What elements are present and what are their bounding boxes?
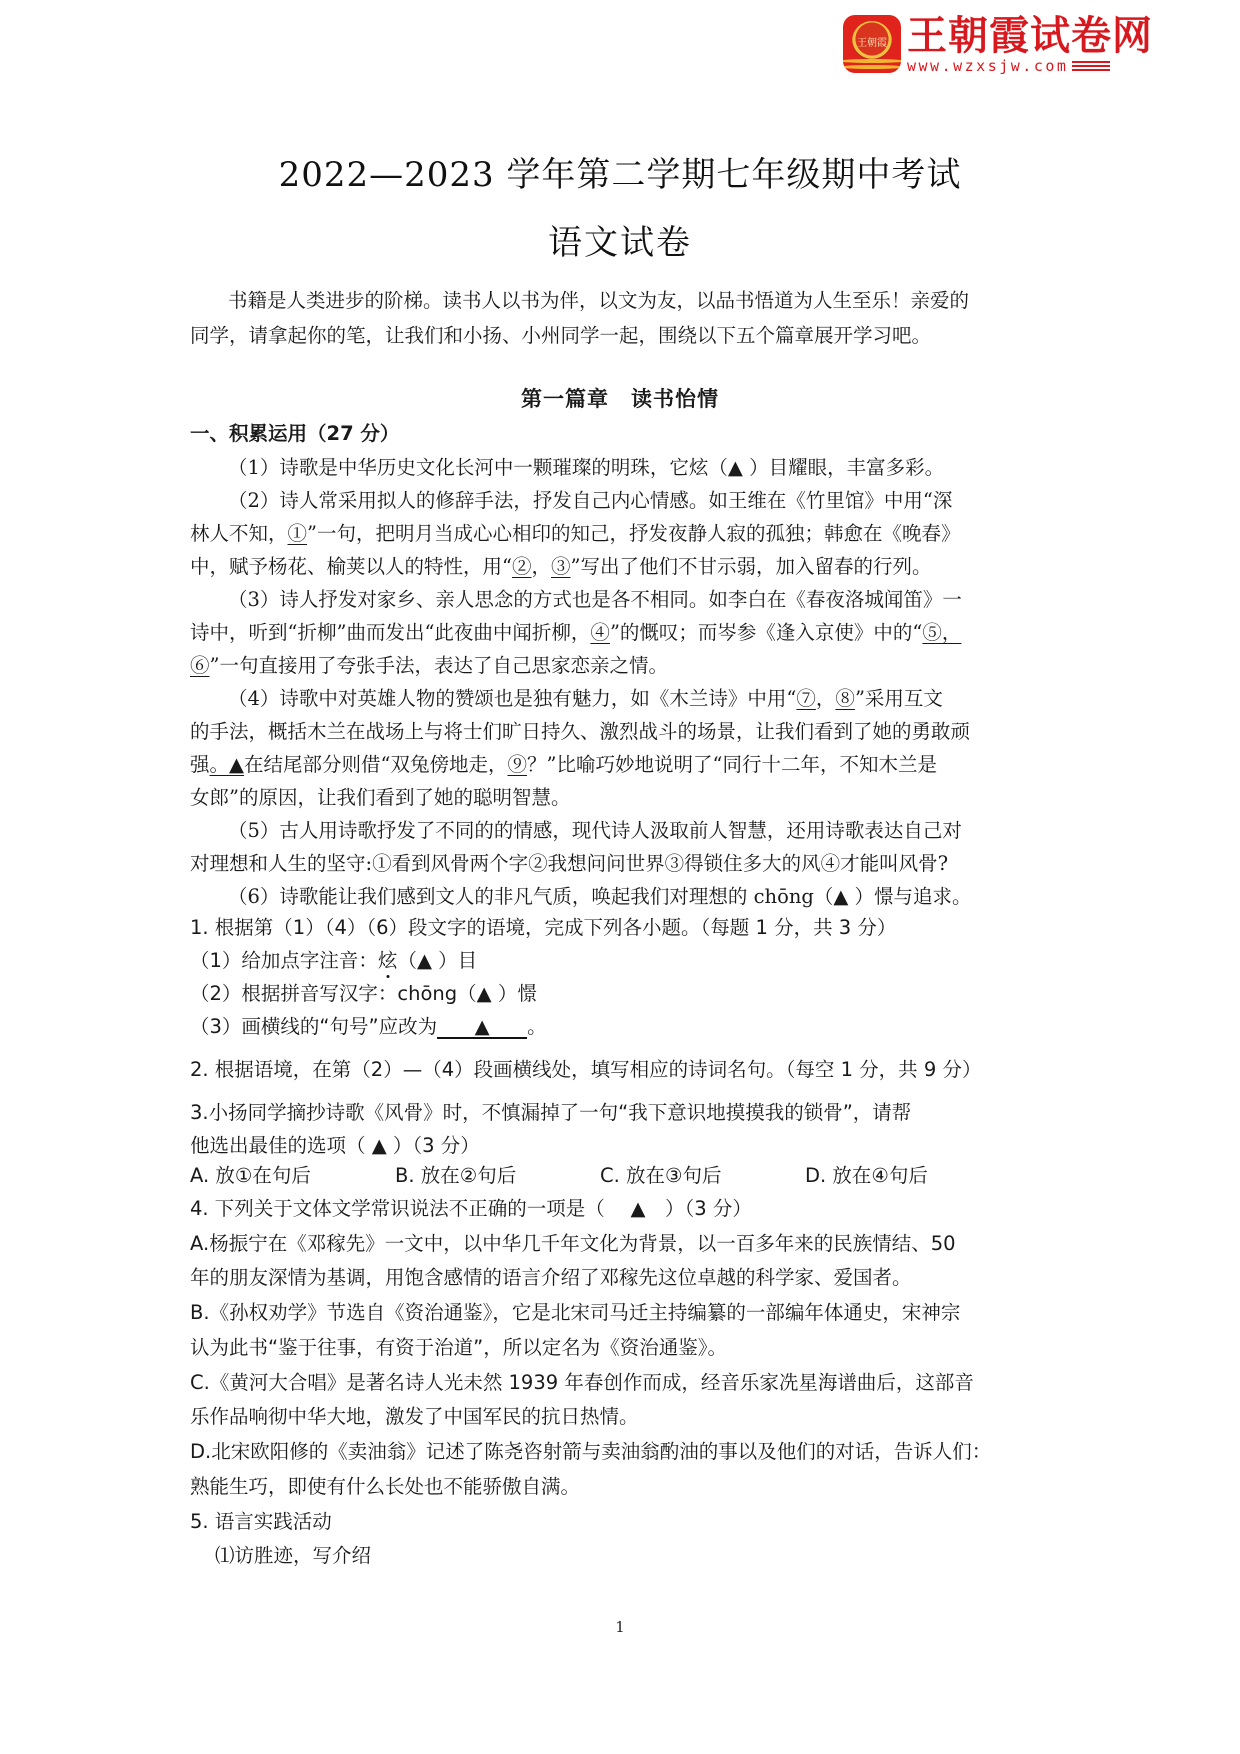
blank-3[interactable]: ③ bbox=[551, 555, 571, 578]
passage-p4-line4: 女郎”的原因，让我们看到了她的聪明智慧。 bbox=[190, 782, 1050, 810]
question-5-stem: 5. 语言实践活动 bbox=[190, 1506, 1050, 1534]
option-b[interactable]: B. 放在②句后 bbox=[395, 1160, 600, 1188]
question-1-sub-3: （3）画横线的“句号”应改为▲。 bbox=[190, 1011, 1050, 1039]
blank-7[interactable]: ⑦ bbox=[796, 687, 816, 710]
question-2: 2. 根据语境，在第（2）—（4）段画横线处，填写相应的诗词名句。（每空 1 分… bbox=[190, 1054, 1050, 1082]
blank-9[interactable]: ⑨ bbox=[508, 753, 528, 776]
passage-p3-line2: 诗中，听到“折柳”曲而发出“此夜曲中闻折柳，④”的慨叹；而岑参《逢入京使》中的“… bbox=[190, 617, 1050, 645]
passage-p2-line2: 林人不知，①”一句，把明月当成心心相印的知己，抒发夜静人寂的孤独；韩愈在《晚春》 bbox=[190, 518, 1050, 546]
question-1-sub-2: （2）根据拼音写汉字：chōng（▲ ）憬 bbox=[190, 978, 1050, 1006]
passage-p4-line3: 强。▲在结尾部分则借“双兔傍地走，⑨？”比喻巧妙地说明了“同行十二年，不知木兰是 bbox=[190, 749, 1050, 777]
passage-p5-line1: （5）古人用诗歌抒发了不同的的情感，现代诗人汲取前人智慧，还用诗歌表达自己对 bbox=[228, 815, 1088, 843]
section-heading: 一、积累运用（27 分） bbox=[190, 418, 1050, 446]
blank-1[interactable]: ① bbox=[288, 522, 308, 545]
passage-p4-line1: （4）诗歌中对英雄人物的赞颂也是独有魅力，如《木兰诗》中用“⑦，⑧”采用互文 bbox=[228, 683, 1088, 711]
logo-title: 王朝霞试卷网 bbox=[907, 14, 1153, 58]
blank-6[interactable]: ⑥ bbox=[190, 654, 210, 677]
blank-4[interactable]: ④ bbox=[590, 621, 610, 644]
option-c[interactable]: C. 放在③句后 bbox=[600, 1160, 805, 1188]
question-3-line2: 他选出最佳的选项（ ▲ ）（3 分） bbox=[190, 1130, 1050, 1158]
site-logo[interactable]: 王朝霞 王朝霞试卷网 www.wzxsjw.com bbox=[843, 10, 1183, 78]
question-3-options: A. 放①在句后 B. 放在②句后 C. 放在③句后 D. 放在④句后 bbox=[190, 1160, 1050, 1188]
question-4-option-a-line2: 年的朋友深情为基调，用饱含感情的语言介绍了邓稼先这位卓越的科学家、爱国者。 bbox=[190, 1262, 1050, 1290]
exam-page: 王朝霞 王朝霞试卷网 www.wzxsjw.com 2022—2023 学年第二… bbox=[0, 0, 1240, 1754]
dotted-char: 炫 bbox=[378, 949, 398, 972]
page-number: 1 bbox=[0, 1618, 1240, 1636]
question-4-option-d-line1[interactable]: D.北宋欧阳修的《卖油翁》记述了陈尧咨射箭与卖油翁酌油的事以及他们的对话，告诉人… bbox=[190, 1436, 1050, 1464]
blank-2[interactable]: ② bbox=[512, 555, 532, 578]
question-4-option-c-line1[interactable]: C.《黄河大合唱》是著名诗人光未然 1939 年春创作而成，经音乐家冼星海谱曲后… bbox=[190, 1367, 1050, 1395]
passage-p1: （1）诗歌是中华历史文化长河中一颗璀璨的明珠，它炫（▲ ）目耀眼，丰富多彩。 bbox=[228, 452, 1088, 480]
passage-p3-line3: ⑥”一句直接用了夸张手法，表达了自己思家恋亲之情。 bbox=[190, 650, 1050, 678]
logo-badge-text: 王朝霞 bbox=[852, 34, 892, 49]
passage-p2-line1: （2）诗人常采用拟人的修辞手法，抒发自己内心情感。如王维在《竹里馆》中用“深 bbox=[228, 485, 1088, 513]
option-a[interactable]: A. 放①在句后 bbox=[190, 1160, 395, 1188]
question-4-option-d-line2: 熟能生巧，即使有什么长处也不能骄傲自满。 bbox=[190, 1471, 1050, 1499]
intro-line-1: 书籍是人类进步的阶梯。读书人以书为伴，以文为友，以品书悟道为人生至乐！亲爱的 bbox=[190, 285, 1050, 313]
passage-p5-line2: 对理想和人生的坚守:①看到风骨两个字②我想问问世界③得锁住多大的风④才能叫风骨? bbox=[190, 848, 1050, 876]
question-4-option-b-line1[interactable]: B.《孙权劝学》节选自《资治通鉴》，它是北宋司马迁主持编纂的一部编年体通史，宋神… bbox=[190, 1297, 1050, 1325]
logo-url: www.wzxsjw.com bbox=[907, 58, 1153, 74]
answer-blank[interactable]: ▲ bbox=[437, 1017, 527, 1039]
blank-5[interactable]: ⑤， bbox=[922, 621, 961, 644]
passage-p4-line2: 的手法，概括木兰在战场上与将士们旷日持久、激烈战斗的场景，让我们看到了她的勇敢顽 bbox=[190, 716, 1050, 744]
question-1-sub-1: （1）给加点字注音：炫（▲ ）目 bbox=[190, 945, 1050, 973]
exam-subtitle: 语文试卷 bbox=[0, 215, 1240, 264]
passage-p2-line3: 中，赋予杨花、榆荚以人的特性，用“②，③”写出了他们不甘示弱，加入留春的行列。 bbox=[190, 551, 1050, 579]
waves-icon bbox=[1072, 61, 1110, 71]
underlined-period-mark[interactable]: 。▲ bbox=[210, 753, 245, 776]
question-1-stem: 1. 根据第（1）（4）（6）段文字的语境，完成下列各小题。（每题 1 分，共 … bbox=[190, 912, 1050, 940]
passage-p6: （6）诗歌能让我们感到文人的非凡气质，唤起我们对理想的 chōng（▲ ）憬与追… bbox=[228, 881, 1088, 909]
question-4-option-a-line1[interactable]: A.杨振宁在《邓稼先》一文中，以中华几千年文化为背景，以一百多年来的民族情结、5… bbox=[190, 1228, 1050, 1256]
passage-p3-line1: （3）诗人抒发对家乡、亲人思念的方式也是各不相同。如李白在《春夜洛城闻笛》一 bbox=[228, 584, 1088, 612]
question-5-sub-1: ⑴访胜迹，写介绍 bbox=[215, 1540, 1075, 1568]
chapter-heading: 第一篇章 读书怡情 bbox=[0, 383, 1240, 413]
option-d[interactable]: D. 放在④句后 bbox=[805, 1160, 1010, 1188]
logo-badge-icon: 王朝霞 bbox=[843, 15, 901, 73]
question-4-option-b-line2: 认为此书“鉴于往事，有资于治道”，所以定名为《资治通鉴》。 bbox=[190, 1332, 1050, 1360]
question-4-stem: 4. 下列关于文体文学常识说法不正确的一项是（ ▲ ）（3 分） bbox=[190, 1193, 1050, 1221]
intro-line-2: 同学，请拿起你的笔，让我们和小扬、小州同学一起，围绕以下五个篇章展开学习吧。 bbox=[190, 320, 1050, 348]
question-3-line1: 3.小扬同学摘抄诗歌《风骨》时，不慎漏掉了一句“我下意识地摸摸我的锁骨”，请帮 bbox=[190, 1097, 1050, 1125]
exam-title: 2022—2023 学年第二学期七年级期中考试 bbox=[0, 147, 1240, 196]
question-4-option-c-line2: 乐作品响彻中华大地，激发了中国军民的抗日热情。 bbox=[190, 1401, 1050, 1429]
blank-8[interactable]: ⑧ bbox=[835, 687, 855, 710]
medal-emblem: 王朝霞 bbox=[852, 21, 892, 61]
